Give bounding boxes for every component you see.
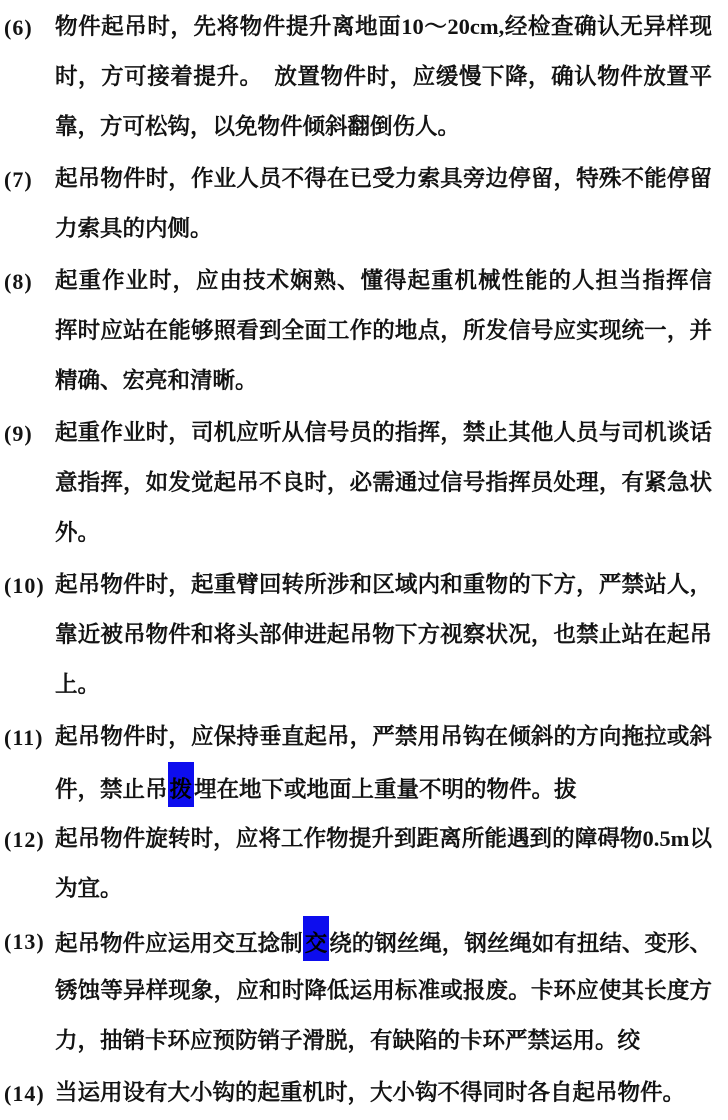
text-line: 物件起吊时，先将物件提升离地面10～20cm,经检查确认无异样现象 (55, 2, 712, 52)
text-line: 为宜。 (55, 864, 712, 914)
list-item: (6)物件起吊时，先将物件提升离地面10～20cm,经检查确认无异样现象时，方可… (0, 2, 712, 152)
item-number: (14) (4, 1068, 45, 1118)
text-line: 起吊物件应运用交互捻制交绕的钢丝绳，钢丝绳如有扭结、变形、断丝、 (55, 916, 712, 966)
list-item: (9)起重作业时，司机应听从信号员的指挥，禁止其他人员与司机谈话或随意指挥，如发… (0, 408, 712, 558)
text-line: 外。 (55, 508, 712, 558)
list-item: (8)起重作业时，应由技术娴熟、懂得起重机械性能的人担当指挥信号，指挥时应站在能… (0, 256, 712, 406)
text-line: 当运用设有大小钩的起重机时，大小钩不得同时各自起吊物件。 (55, 1068, 712, 1118)
list-item: (12)起吊物件旋转时，应将工作物提升到距离所能遇到的障碍物0.5m以上为宜。 (0, 814, 712, 914)
text-line: 力，抽销卡环应预防销子滑脱，有缺陷的卡环严禁运用。绞 (55, 1016, 712, 1066)
text-line: 意指挥，如发觉起吊不良时，必需通过信号指挥员处理，有紧急状况除 (55, 458, 712, 508)
list-item: (13)起吊物件应运用交互捻制交绕的钢丝绳，钢丝绳如有扭结、变形、断丝、锈蚀等异… (0, 916, 712, 1066)
item-number: (12) (4, 814, 45, 864)
text-line: 起吊物件时，起重臂回转所涉和区域内和重物的下方，严禁站人，不准 (55, 560, 712, 610)
text-line: 精确、宏亮和清晰。 (55, 356, 712, 406)
list-item: (14)当运用设有大小钩的起重机时，大小钩不得同时各自起吊物件。 (0, 1068, 712, 1118)
list-item: (10)起吊物件时，起重臂回转所涉和区域内和重物的下方，严禁站人，不准靠近被吊物… (0, 560, 712, 710)
text-line: 件，禁止吊拨埋在地下或地面上重量不明的物件。拔 (55, 762, 712, 812)
text-line: 起吊物件时，应保持垂直起吊，严禁用吊钩在倾斜的方向拖拉或斜吊物 (55, 712, 712, 762)
text-line: 力索具的内侧。 (55, 204, 712, 254)
text-line: 起吊物件旋转时，应将工作物提升到距离所能遇到的障碍物0.5m以上 (55, 814, 712, 864)
text-line: 靠近被吊物件和将头部伸进起吊物下方视察状况，也禁止站在起吊物件 (55, 610, 712, 660)
item-number: (13) (4, 916, 45, 966)
text-line: 挥时应站在能够照看到全面工作的地点，所发信号应实现统一，并做到 (55, 306, 712, 356)
document-page: (6)物件起吊时，先将物件提升离地面10～20cm,经检查确认无异样现象时，方可… (0, 0, 728, 1120)
text-line: 时，方可接着提升。 放置物件时，应缓慢下降，确认物件放置平稳牢 (55, 52, 712, 102)
text-line: 起吊物件时，作业人员不得在已受力索具旁边停留，特殊不能停留在受 (55, 154, 712, 204)
text-line: 锈蚀等异样现象，应和时降低运用标准或报废。卡环应使其长度方向受 (55, 966, 712, 1016)
item-number: (7) (4, 154, 33, 204)
list-item: (11)起吊物件时，应保持垂直起吊，严禁用吊钩在倾斜的方向拖拉或斜吊物件，禁止吊… (0, 712, 712, 812)
item-number: (10) (4, 560, 45, 610)
text-line: 上。 (55, 660, 712, 710)
item-number: (8) (4, 256, 33, 306)
highlighted-char: 拨 (168, 762, 195, 807)
text-line: 起重作业时，应由技术娴熟、懂得起重机械性能的人担当指挥信号，指 (55, 256, 712, 306)
item-number: (11) (4, 712, 43, 762)
item-number: (6) (4, 2, 33, 52)
highlighted-char: 交 (303, 916, 330, 961)
text-line: 起重作业时，司机应听从信号员的指挥，禁止其他人员与司机谈话或随 (55, 408, 712, 458)
item-number: (9) (4, 408, 33, 458)
text-line: 靠，方可松钩，以免物件倾斜翻倒伤人。 (55, 102, 712, 152)
document-body: (6)物件起吊时，先将物件提升离地面10～20cm,经检查确认无异样现象时，方可… (0, 2, 712, 1118)
list-item: (7)起吊物件时，作业人员不得在已受力索具旁边停留，特殊不能停留在受力索具的内侧… (0, 154, 712, 254)
